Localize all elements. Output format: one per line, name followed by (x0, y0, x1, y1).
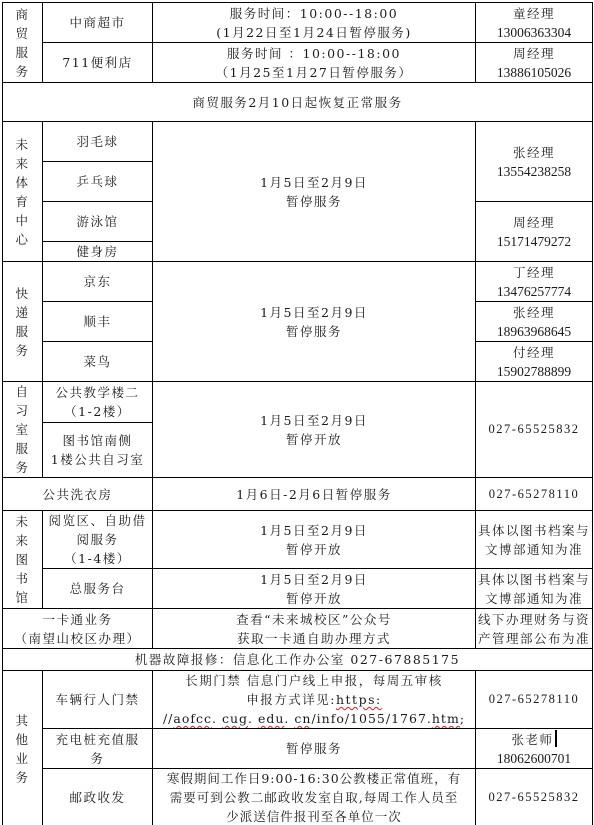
gate-access-phone: 027-65278110 (476, 671, 593, 729)
table-row-charging: 充电桩充值服 务 暂停服务 张老师 18062600701 (3, 729, 593, 769)
service-hours: 服务时间 ：10:00--18:00 （1月25至1月27日暂停服务） (153, 43, 476, 83)
courier-name: 京东 (43, 262, 153, 302)
category-library: 未来图书馆 (3, 511, 43, 609)
url-link[interactable]: https: (336, 692, 382, 707)
gate-access-name: 车辆行人门禁 (43, 671, 153, 729)
category-sports: 未来体育中心 (3, 122, 43, 262)
mail-name: 邮政收发 (43, 769, 153, 825)
laundry-phone: 027-65278110 (476, 478, 593, 511)
contact-cell: 周经理 13886105026 (476, 43, 593, 83)
study-room-status: 1月5日至2月9日 暂停开放 (153, 382, 476, 478)
campus-card-note: 线下办理财务与资 产管理部公布为准 (476, 609, 593, 649)
mail-phone: 027-65525832 (476, 769, 593, 825)
study-room-name: 公共教学楼二 （1-2楼） (43, 382, 153, 423)
text-cursor (555, 730, 557, 747)
facility-name: 游泳馆 (43, 202, 153, 242)
facility-name: 健身房 (43, 242, 153, 262)
library-service-name: 总服务台 (43, 569, 153, 609)
table-row-teaching-building: 自习室服务 公共教学楼二 （1-2楼） 1月5日至2月9日 暂停开放 027-6… (3, 382, 593, 423)
table-row-jd: 快递服务 京东 1月5日至2月9日 暂停服务 丁经理 13476257774 (3, 262, 593, 302)
contact-cell: 童经理 13006363304 (476, 3, 593, 43)
table-row-supermarket: 商贸服务 中商超市 服务时间：10:00--18:00 (1月22日至1月24日… (3, 3, 593, 43)
study-room-phone: 027-65525832 (476, 382, 593, 478)
library-status: 1月5日至2月9日 暂停开放 (153, 511, 476, 569)
table-row-commerce-resume: 商贸服务2月10日起恢复正常服务 (3, 83, 593, 122)
laundry-name: 公共洗衣房 (3, 478, 153, 511)
table-row-badminton: 未来体育中心 羽毛球 1月5日至2月9日 暂停服务 张经理 1355423825… (3, 122, 593, 162)
study-room-name: 图书馆南侧 1楼公共自习室 (43, 422, 153, 477)
charging-name: 充电桩充值服 务 (43, 729, 153, 769)
library-note: 具体以图书档案与 文博部通知为准 (476, 569, 593, 609)
contact-cell: 付经理 15902788899 (476, 342, 593, 382)
table-row-convenience-store: 711便利店 服务时间 ：10:00--18:00 （1月25至1月27日暂停服… (3, 43, 593, 83)
contact-cell: 周经理 15171479272 (476, 202, 593, 262)
facility-name: 羽毛球 (43, 122, 153, 162)
table-row-service-desk: 总服务台 1月5日至2月9日 暂停开放 具体以图书档案与 文博部通知为准 (3, 569, 593, 609)
contact-cell: 张老师 18062600701 (476, 729, 593, 769)
commerce-resume-notice: 商贸服务2月10日起恢复正常服务 (3, 83, 593, 122)
table-row-reading-area: 未来图书馆 阅览区、自助借 阅服务 （1-4楼） 1月5日至2月9日 暂停开放 … (3, 511, 593, 569)
table-row-mail: 邮政收发 寒假期间工作日9:00-16:30公教楼正常值班，有 需要可到公教二邮… (3, 769, 593, 825)
table-row-repair: 机器故障报修：信息化工作办公室 027-67885175 (3, 649, 593, 671)
contact-cell: 丁经理 13476257774 (476, 262, 593, 302)
library-note: 具体以图书档案与 文博部通知为准 (476, 511, 593, 569)
repair-notice: 机器故障报修：信息化工作办公室 027-67885175 (3, 649, 593, 671)
campus-card-info: 查看“未来城校区”公众号 获取一卡通自助办理方式 (153, 609, 476, 649)
table-row-campus-card: 一卡通业务 （南望山校区办理） 查看“未来城校区”公众号 获取一卡通自助办理方式… (3, 609, 593, 649)
category-commerce: 商贸服务 (3, 3, 43, 83)
service-hours: 服务时间：10:00--18:00 (1月22日至1月24日暂停服务) (153, 3, 476, 43)
library-status: 1月5日至2月9日 暂停开放 (153, 569, 476, 609)
courier-status: 1月5日至2月9日 暂停服务 (153, 262, 476, 382)
table-row-laundry: 公共洗衣房 1月6日-2月6日暂停服务 027-65278110 (3, 478, 593, 511)
courier-name: 顺丰 (43, 302, 153, 342)
category-other: 其他业务 (3, 671, 43, 825)
service-name: 中商超市 (43, 3, 153, 43)
table-row-gate-access: 其他业务 车辆行人门禁 长期门禁 信息门户线上申报，每周五审核 申报方式详见:h… (3, 671, 593, 729)
library-service-name: 阅览区、自助借 阅服务 （1-4楼） (43, 511, 153, 569)
charging-status: 暂停服务 (153, 729, 476, 769)
laundry-status: 1月6日-2月6日暂停服务 (153, 478, 476, 511)
category-study-room: 自习室服务 (3, 382, 43, 478)
gate-access-info: 长期门禁 信息门户线上申报，每周五审核 申报方式详见:https: //aofc… (153, 671, 476, 729)
courier-name: 菜鸟 (43, 342, 153, 382)
service-name: 711便利店 (43, 43, 153, 83)
contact-cell: 张经理 13554238258 (476, 122, 593, 202)
campus-card-name: 一卡通业务 （南望山校区办理） (3, 609, 153, 649)
contact-cell: 张经理 18963968645 (476, 302, 593, 342)
sports-status: 1月5日至2月9日 暂停服务 (153, 122, 476, 262)
mail-info: 寒假期间工作日9:00-16:30公教楼正常值班，有 需要可到公教二邮政收发室自… (153, 769, 476, 825)
facility-name: 乒乓球 (43, 162, 153, 202)
holiday-service-schedule-table: 商贸服务 中商超市 服务时间：10:00--18:00 (1月22日至1月24日… (2, 2, 593, 825)
category-courier: 快递服务 (3, 262, 43, 382)
